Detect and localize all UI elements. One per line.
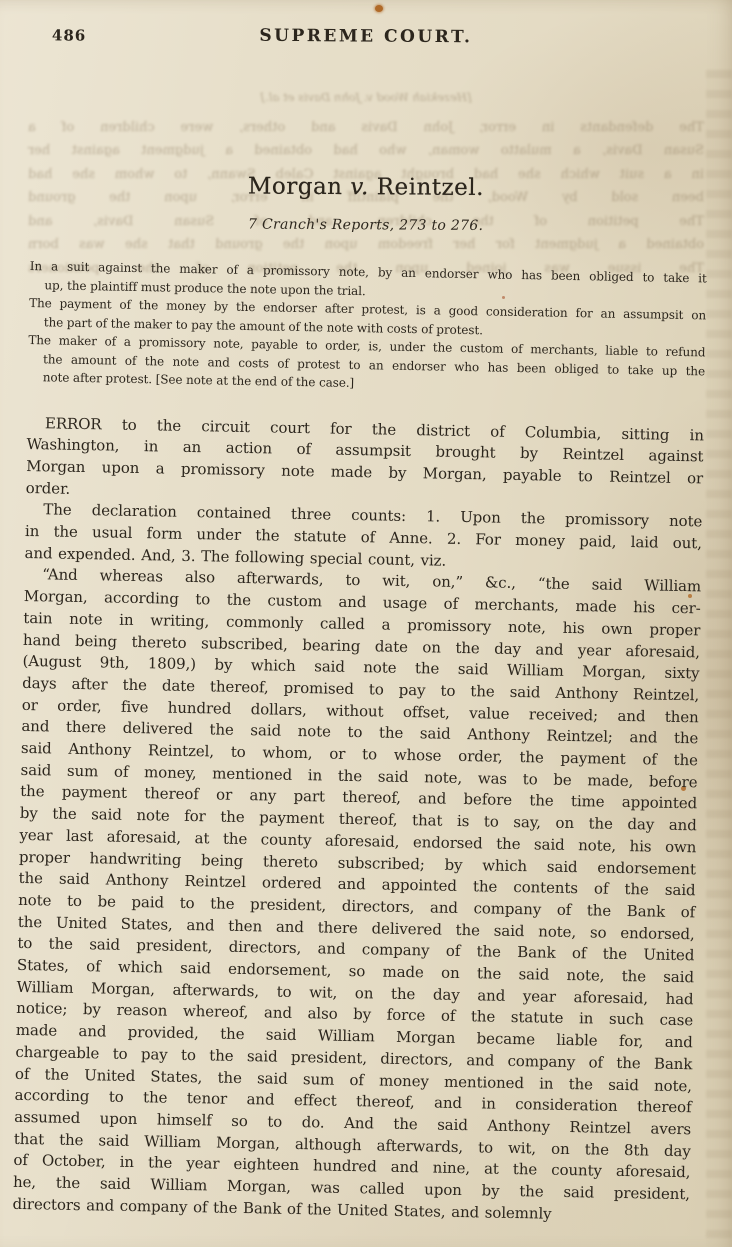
bleedthrough-margin-strip bbox=[706, 70, 732, 1247]
text-line: [Hezekiah Wood v. John Davis et al.] bbox=[28, 86, 704, 110]
headnote-3: The maker of a promissory note, payable … bbox=[28, 331, 706, 399]
running-head: SUPREME COURT. bbox=[0, 24, 732, 49]
case-heading: Morgan v. Reintzel. 7 Cranch's Reports, … bbox=[0, 172, 732, 235]
text-block: In a suit against the maker of a promiss… bbox=[12, 257, 706, 1228]
case-title: Morgan v. Reintzel. bbox=[0, 172, 732, 202]
page-header: 486 SUPREME COURT. bbox=[0, 24, 732, 59]
foxing-speck bbox=[375, 5, 383, 12]
headnotes: In a suit against the maker of a promiss… bbox=[28, 257, 707, 399]
scanned-page: [Hezekiah Wood v. John Davis et al.]The … bbox=[0, 0, 732, 1247]
case-citation: 7 Cranch's Reports, 273 to 276. bbox=[0, 215, 732, 235]
text-line: The defendants in error, John Davis and … bbox=[28, 116, 704, 140]
body-paragraph-1: ERROR to the circuit court for the distr… bbox=[26, 412, 704, 511]
case-title-left: Morgan bbox=[248, 174, 343, 201]
opinion-body: ERROR to the circuit court for the distr… bbox=[12, 412, 704, 1227]
case-title-right: Reintzel. bbox=[377, 174, 484, 201]
body-paragraph-3: “And whereas also afterwards, to wit, on… bbox=[12, 564, 701, 1227]
versus-abbrev: v. bbox=[350, 174, 369, 200]
text-line: Susan Davis, a mulatto woman, who had ob… bbox=[28, 139, 704, 163]
body-paragraph-2: The declaration contained three counts: … bbox=[24, 499, 702, 577]
text-line: obtained a judgment for her freedom upon… bbox=[28, 233, 704, 257]
